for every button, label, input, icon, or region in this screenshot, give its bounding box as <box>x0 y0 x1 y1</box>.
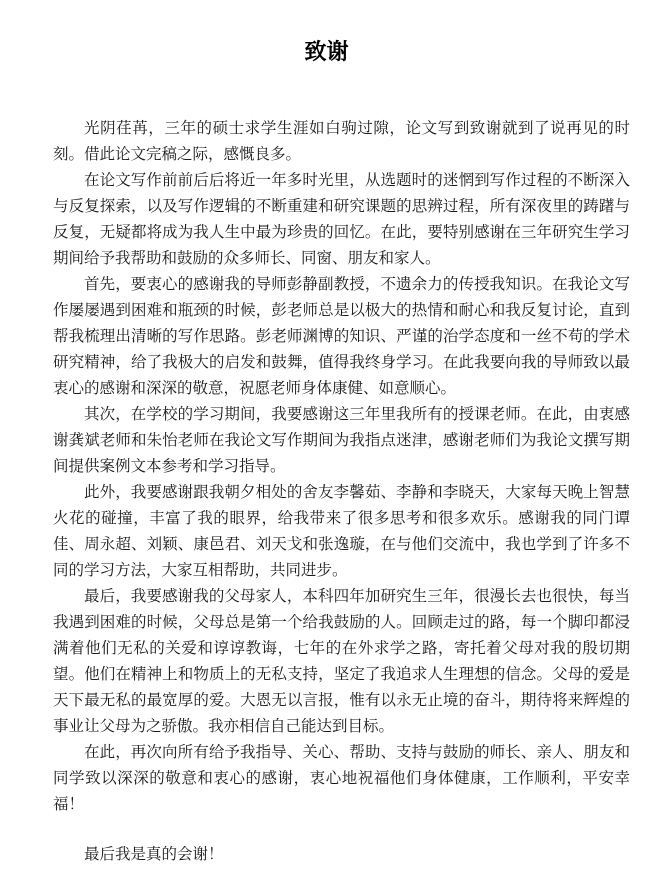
paragraph-final-thanks: 在此，再次向所有给予我指导、关心、帮助、支持与鼓励的师长、亲人、朋友和同学致以深… <box>53 740 630 818</box>
paragraph-family-thanks: 最后，我要感谢我的父母家人，本科四年加研究生三年，很漫长去也很快，每当我遇到困难… <box>53 584 630 740</box>
paragraph-opening: 光阴荏苒，三年的硕士求学生涯如白驹过隙，论文写到致谢就到了说再见的时刻。借此论文… <box>53 116 630 168</box>
closing-line: 最后我是真的会谢！ <box>53 842 630 868</box>
page-title: 致谢 <box>0 38 653 66</box>
paragraph-friends-thanks: 此外，我要感谢跟我朝夕相处的舍友李馨茹、李静和李晓天，大家每天晚上智慧火花的碰撞… <box>53 480 630 584</box>
paragraph-teachers-thanks: 其次，在学校的学习期间，我要感谢这三年里我所有的授课老师。在此，由衷感谢龚斌老师… <box>53 402 630 480</box>
paragraph-advisor-thanks: 首先，要衷心的感谢我的导师彭静副教授，不遗余力的传授我知识。在我论文写作屡屡遇到… <box>53 272 630 402</box>
document-page: 致谢 光阴荏苒，三年的硕士求学生涯如白驹过隙，论文写到致谢就到了说再见的时刻。借… <box>0 0 653 886</box>
paragraph-writing-journey: 在论文写作前前后后将近一年多时光里，从选题时的迷惘到写作过程的不断深入与反复探索… <box>53 168 630 272</box>
acknowledgment-body: 光阴荏苒，三年的硕士求学生涯如白驹过隙，论文写到致谢就到了说再见的时刻。借此论文… <box>53 116 630 868</box>
